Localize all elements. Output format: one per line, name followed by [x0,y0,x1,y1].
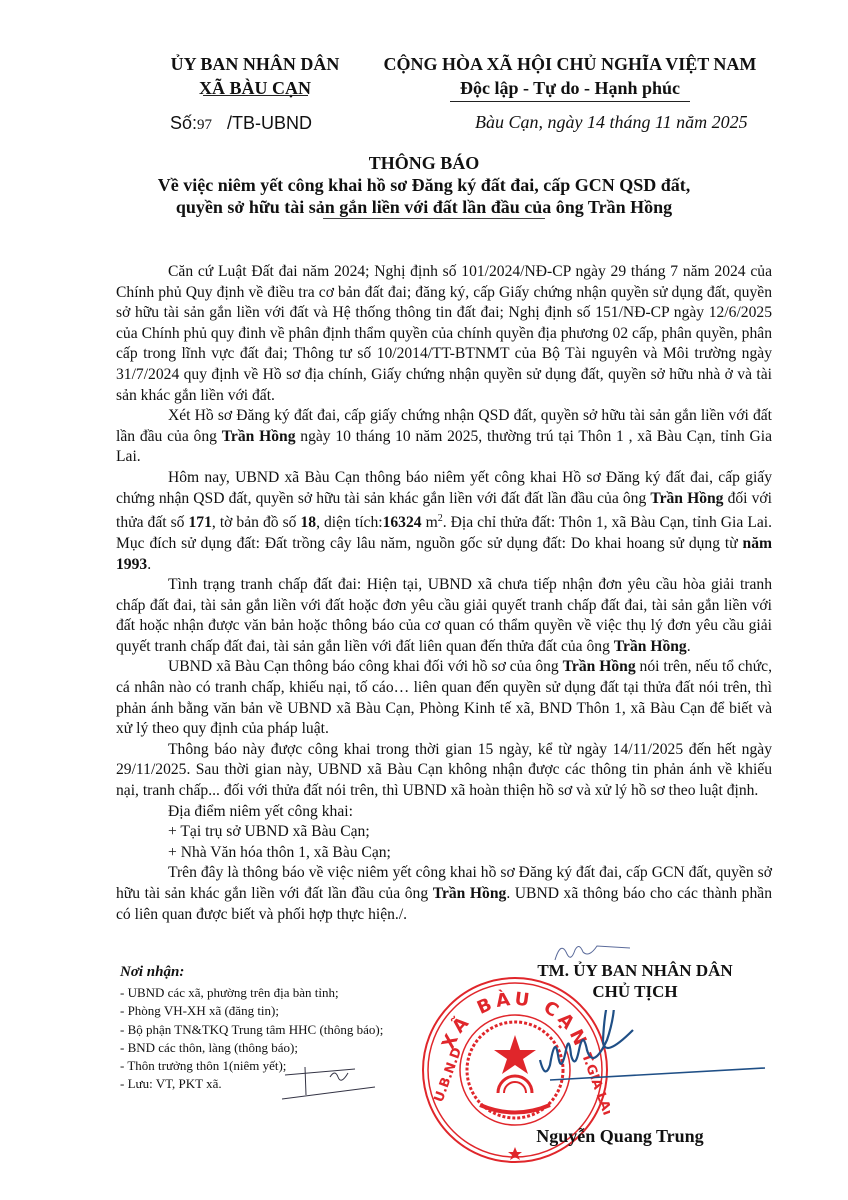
posting-locations-label: Địa điểm niêm yết công khai: [116,802,772,823]
applicant-name: Trần Hồng [650,490,723,507]
posting-location-1: + Tại trụ sở UBND xã Bàu Cạn; [116,822,772,843]
signer-name: Nguyễn Quang Trung [510,1126,730,1147]
applicant-name: Trần Hồng [614,638,687,655]
doc-no-prefix: Số: [170,113,197,133]
applicant-name: Trần Hồng [563,658,636,675]
agency-line-2: XÃ BÀU CẠN [140,76,370,100]
place-date: Bàu Cạn, ngày 14 tháng 11 năm 2025 [475,112,748,133]
country-name: CỘNG HÒA XÃ HỘI CHỦ NGHĨA VIỆT NAM [360,52,780,76]
notice-title: THÔNG BÁO Về việc niêm yết công khai hồ … [0,152,848,218]
applicant-name: Trần Hồng [433,885,507,902]
paragraph-notice-period: Thông báo này được công khai trong thời … [116,740,772,802]
parcel-number: 171 [189,514,212,531]
text: . [687,638,691,655]
text: , diện tích: [316,514,383,531]
initial-mark-icon [280,1065,380,1105]
posting-location-2: + Nhà Văn hóa thôn 1, xã Bàu Cạn; [116,843,772,864]
text: , tờ bản đồ số [212,514,301,531]
recipient-item: - Phòng VH-XH xã (đăng tin); [120,1002,420,1020]
paragraph-closing: Trên đây là thông báo về việc niêm yết c… [116,863,772,925]
text: . [147,556,151,573]
national-title: CỘNG HÒA XÃ HỘI CHỦ NGHĨA VIỆT NAM Độc l… [360,52,780,100]
agency-underline [203,95,308,96]
handwritten-signature-icon [510,1010,770,1100]
recipient-item: - UBND các xã, phường trên địa bàn tỉnh; [120,984,420,1002]
paragraph-parcel-info: Hôm nay, UBND xã Bàu Cạn thông báo niêm … [116,468,772,575]
text: UBND xã Bàu Cạn thông báo công khai đối … [168,658,563,675]
agency-line-1: ỦY BAN NHÂN DÂN [140,52,370,76]
motto: Độc lập - Tự do - Hạnh phúc [360,76,780,100]
area-unit: m [422,514,438,531]
notice-subtitle-2: quyền sở hữu tài sản gắn liền với đất lầ… [0,196,848,218]
doc-no-suffix: /TB-UBND [212,113,312,133]
issuing-agency: ỦY BAN NHÂN DÂN XÃ BÀU CẠN [140,52,370,100]
paragraph-dispute-status: Tình trạng tranh chấp đất đai: Hiện tại,… [116,575,772,657]
title-underline [323,218,545,219]
paragraph-public-notice: UBND xã Bàu Cạn thông báo công khai đối … [116,657,772,739]
parcel-area: 16324 [383,514,422,531]
recipient-item: - BND các thôn, làng (thông báo); [120,1039,420,1057]
doc-no-value: 97 [197,117,212,133]
signing-authority: TM. ỦY BAN NHÂN DÂN [505,960,765,981]
notice-body: Căn cứ Luật Đất đai năm 2024; Nghị định … [116,262,772,925]
motto-underline [450,101,690,102]
document-number: Số:97 /TB-UBND [170,113,312,134]
map-sheet-number: 18 [300,514,316,531]
paragraph-legal-basis: Căn cứ Luật Đất đai năm 2024; Nghị định … [116,262,772,406]
notice-heading: THÔNG BÁO [0,152,848,174]
notice-subtitle-1: Về việc niêm yết công khai hồ sơ Đăng ký… [0,174,848,196]
recipients-title: Nơi nhận: [120,962,420,982]
applicant-name: Trần Hồng [222,428,296,445]
recipient-item: - Bộ phận TN&TKQ Trung tâm HHC (thông bá… [120,1021,420,1039]
signature-block: TM. ỦY BAN NHÂN DÂN CHỦ TỊCH [505,960,765,1002]
paragraph-application: Xét Hồ sơ Đăng ký đất đai, cấp giấy chứn… [116,406,772,468]
signer-title: CHỦ TỊCH [505,981,765,1002]
